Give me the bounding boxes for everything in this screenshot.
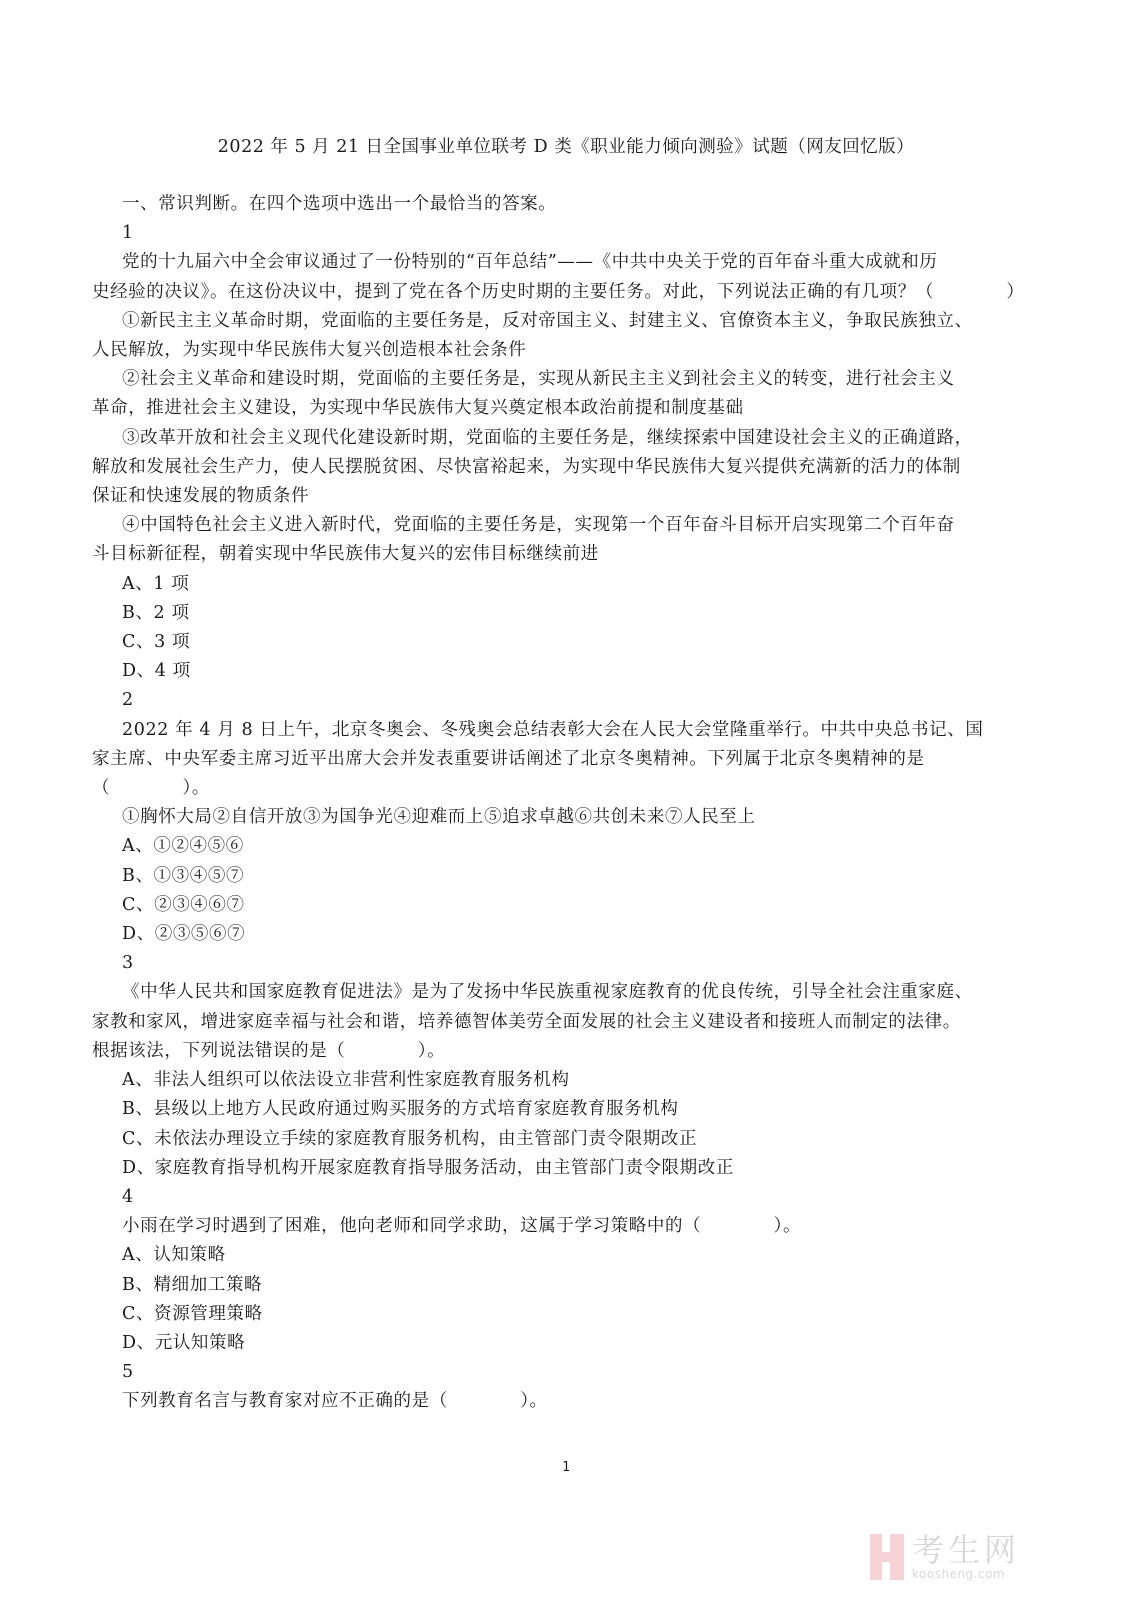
watermark: 考生网 koosheng.com [870, 1527, 1130, 1587]
option-b: B、2 项 [92, 599, 1036, 628]
question-stem-line: 根据该法，下列说法错误的是（ ）。 [92, 1037, 1036, 1066]
question-number: 4 [92, 1183, 1036, 1212]
question-3: 3 《中华人民共和国家庭教育促进法》是为了发扬中华民族重视家庭教育的优良传统，引… [92, 949, 1036, 1183]
document-title: 2022 年 5 月 21 日全国事业单位联考 D 类《职业能力倾向测验》试题（… [0, 133, 1132, 158]
statement-line: ③改革开放和社会主义现代化建设新时期，党面临的主要任务是，继续探索中国建设社会主… [92, 424, 1036, 453]
question-stem-line: 党的十九届六中全会审议通过了一份特别的“百年总结”——《中共中央关于党的百年奋斗… [92, 248, 1036, 277]
question-4: 4 小雨在学习时遇到了困难，他向老师和同学求助，这属于学习策略中的（ ）。 A、… [92, 1183, 1036, 1358]
question-number: 3 [92, 949, 1036, 978]
option-d: D、②③⑤⑥⑦ [92, 920, 1036, 949]
statement-line: 人民解放，为实现中华民族伟大复兴创造根本社会条件 [92, 336, 1036, 365]
option-c: C、3 项 [92, 628, 1036, 657]
option-d: D、家庭教育指导机构开展家庭教育指导服务活动，由主管部门责令限期改正 [92, 1154, 1036, 1183]
question-5: 5 下列教育名言与教育家对应不正确的是（ ）。 [92, 1358, 1036, 1416]
question-number: 2 [92, 686, 1036, 715]
statement-line: 解放和发展社会生产力，使人民摆脱贫困、尽快富裕起来，为实现中华民族伟大复兴提供充… [92, 453, 1036, 482]
question-2: 2 2022 年 4 月 8 日上午，北京冬奥会、冬残奥会总结表彰大会在人民大会… [92, 686, 1036, 949]
watermark-brand-en: koosheng.com [912, 1567, 1020, 1581]
question-number: 5 [92, 1358, 1036, 1387]
statement-line: 保证和快速发展的物质条件 [92, 482, 1036, 511]
option-d: D、元认知策略 [92, 1329, 1036, 1358]
option-a: A、1 项 [92, 570, 1036, 599]
watermark-brand-cn: 考生网 [912, 1533, 1020, 1567]
question-stem-line: 史经验的决议》。在这份决议中，提到了党在各个历史时期的主要任务。对此，下列说法正… [92, 278, 1036, 307]
question-stem-line: 《中华人民共和国家庭教育促进法》是为了发扬中华民族重视家庭教育的优良传统，引导全… [92, 978, 1036, 1007]
question-stem-line: 家主席、中央军委主席习近平出席大会并发表重要讲话阐述了北京冬奥精神。下列属于北京… [92, 745, 1036, 774]
option-c: C、②③④⑥⑦ [92, 891, 1036, 920]
option-a: A、①②④⑤⑥ [92, 832, 1036, 861]
question-stem-line: 小雨在学习时遇到了困难，他向老师和同学求助，这属于学习策略中的（ ）。 [92, 1212, 1036, 1241]
option-b: B、①③④⑤⑦ [92, 862, 1036, 891]
koosheng-logo-icon [870, 1534, 904, 1580]
option-d: D、4 项 [92, 657, 1036, 686]
statement-line: 革命，推进社会主义建设，为实现中华民族伟大复兴奠定根本政治前提和制度基础 [92, 394, 1036, 423]
question-stem-line: 下列教育名言与教育家对应不正确的是（ ）。 [92, 1387, 1036, 1416]
document-body: 一、常识判断。在四个选项中选出一个最恰当的答案。 1 党的十九届六中全会审议通过… [92, 190, 1036, 1417]
statement-line: ②社会主义革命和建设时期，党面临的主要任务是，实现从新民主主义到社会主义的转变，… [92, 365, 1036, 394]
statement-line: ④中国特色社会主义进入新时代，党面临的主要任务是，实现第一个百年奋斗目标开启实现… [92, 511, 1036, 540]
option-c: C、资源管理策略 [92, 1300, 1036, 1329]
statement-line: ①新民主主义革命时期，党面临的主要任务是，反对帝国主义、封建主义、官僚资本主义，… [92, 307, 1036, 336]
section-heading: 一、常识判断。在四个选项中选出一个最恰当的答案。 [92, 190, 1036, 219]
page-number: 1 [0, 1460, 1132, 1475]
option-a: A、认知策略 [92, 1241, 1036, 1270]
statement-line: 斗目标新征程，朝着实现中华民族伟大复兴的宏伟目标继续前进 [92, 540, 1036, 569]
question-stem-line: 家教和家风，增进家庭幸福与社会和谐，培养德智体美劳全面发展的社会主义建设者和接班… [92, 1008, 1036, 1037]
statement-line: ①胸怀大局②自信开放③为国争光④迎难而上⑤追求卓越⑥共创未来⑦人民至上 [92, 803, 1036, 832]
question-stem-line: （ ）。 [92, 774, 1036, 803]
option-a: A、非法人组织可以依法设立非营利性家庭教育服务机构 [92, 1066, 1036, 1095]
question-number: 1 [92, 219, 1036, 248]
document-page: 2022 年 5 月 21 日全国事业单位联考 D 类《职业能力倾向测验》试题（… [0, 0, 1132, 1600]
option-c: C、未依法办理设立手续的家庭教育服务机构，由主管部门责令限期改正 [92, 1125, 1036, 1154]
question-stem-line: 2022 年 4 月 8 日上午，北京冬奥会、冬残奥会总结表彰大会在人民大会堂隆… [92, 716, 1036, 745]
question-1: 1 党的十九届六中全会审议通过了一份特别的“百年总结”——《中共中央关于党的百年… [92, 219, 1036, 686]
option-b: B、县级以上地方人民政府通过购买服务的方式培育家庭教育服务机构 [92, 1095, 1036, 1124]
option-b: B、精细加工策略 [92, 1271, 1036, 1300]
